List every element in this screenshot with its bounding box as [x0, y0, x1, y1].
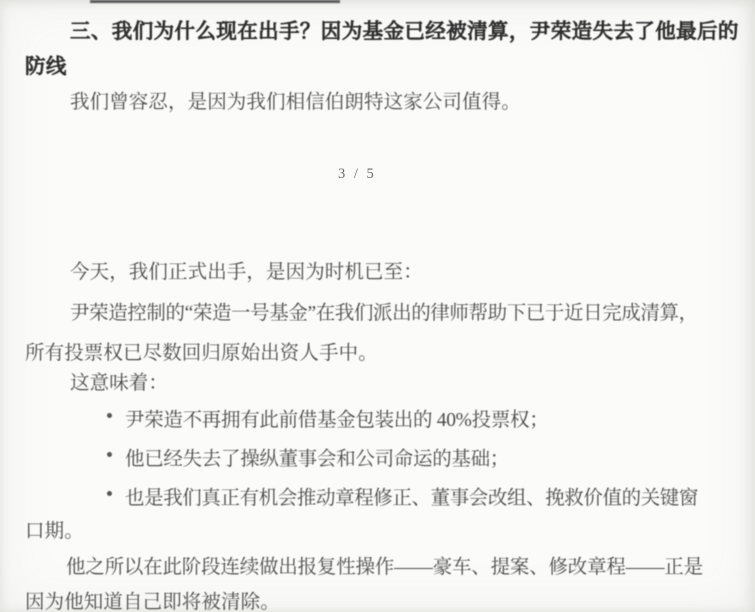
bullet-dot	[107, 413, 112, 418]
bullet-item-window-period-line1: 也是我们真正有机会推动章程修正、董事会改组、挽救价值的关键窗	[125, 482, 698, 510]
paragraph-fund-liquidation-line1: 尹荣造控制的“荣造一号基金”在我们派出的律师帮助下已于近日完成清算，	[70, 297, 698, 325]
section-heading-line2: 防线	[25, 49, 67, 79]
paragraph-fund-liquidation-line2: 所有投票权已尽数回归原始出资人手中。	[25, 337, 378, 365]
bullet-item-window-period-line2: 口期。	[25, 515, 84, 543]
paragraph-this-means: 这意味着：	[70, 367, 168, 395]
paragraph-retaliation-line2: 因为他知道自己即将被清除。	[25, 586, 280, 612]
bullet-dot	[107, 491, 112, 496]
paragraph-retaliation-line1: 他之所以在此阶段连续做出报复性操作——豪车、提案、修改章程——正是	[66, 551, 703, 579]
bullet-dot	[107, 452, 112, 457]
section-heading-line1: 三、我们为什么现在出手？因为基金已经被清算，尹荣造失去了他最后的	[70, 14, 739, 44]
paragraph-tolerance: 我们曾容忍，是因为我们相信伯朗特这家公司值得。	[70, 86, 521, 114]
bullet-item-board-control: 他已经失去了操纵董事会和公司命运的基础；	[125, 443, 509, 471]
bullet-item-voting-rights: 尹荣造不再拥有此前借基金包装出的 40%投票权；	[125, 404, 548, 432]
paragraph-today-action: 今天，我们正式出手，是因为时机已至：	[70, 256, 423, 284]
page-indicator: 3 / 5	[338, 166, 376, 183]
cropped-previous-line-remnant	[90, 0, 340, 3]
scanned-document-page: 三、我们为什么现在出手？因为基金已经被清算，尹荣造失去了他最后的 防线 我们曾容…	[0, 0, 755, 612]
